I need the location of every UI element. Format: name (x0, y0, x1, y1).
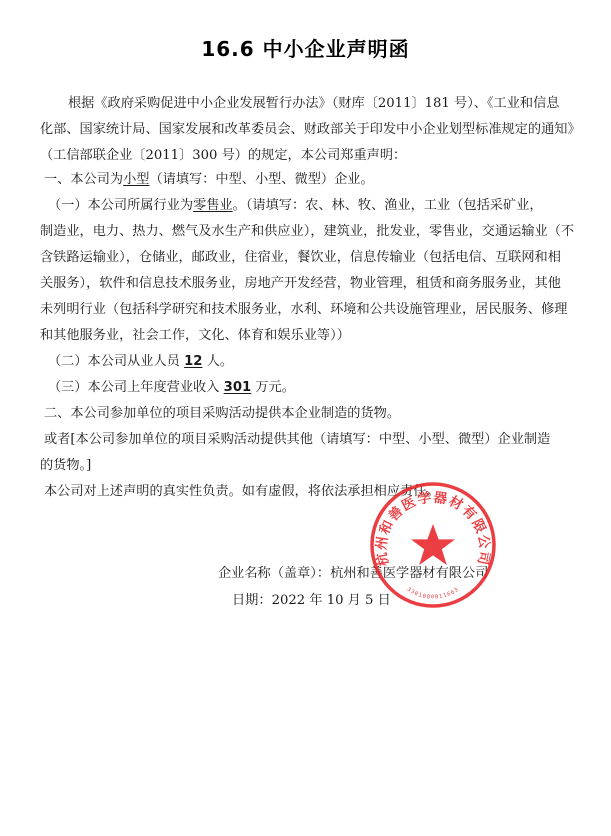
industry-suffix: 。（请填写：农、林、牧、渔业，工业（包括采矿业， (233, 198, 543, 213)
company-seal-stamp: 杭州和善医学器材有限公司 3301080011663 (368, 480, 498, 610)
enterprise-type-prefix: 一、本公司为 (44, 172, 123, 187)
star-icon (411, 524, 455, 565)
employees-value: 12 (184, 354, 202, 369)
stamp-code-text: 3301080011663 (406, 587, 461, 601)
industry-list-line-4: 未列明行业（包括科学研究和技术服务业，水利、环境和公共设施管理业，居民服务、修理 (40, 302, 568, 318)
industry-line: （一）本公司所属行业为零售业。（请填写：农、林、牧、渔业，工业（包括采矿业， (48, 198, 543, 214)
enterprise-type-suffix: （请填写：中型、小型、微型）企业。 (150, 172, 374, 187)
enterprise-type-value: 小型 (123, 172, 149, 187)
industry-list-line-2: 含铁路运输业），仓储业，邮政业，住宿业，餐饮业，信息传输业（包括电信、互联网和相 (40, 250, 561, 266)
enterprise-type-line: 一、本公司为小型（请填写：中型、小型、微型）企业。 (44, 172, 374, 188)
section-2-line: 二、本公司参加单位的项目采购活动提供本企业制造的货物。 (44, 406, 400, 422)
revenue-prefix: （三）本公司上年度营业收入 (48, 380, 224, 395)
date-label: 日期： (232, 593, 272, 608)
revenue-line: （三）本公司上年度营业收入 301 万元。 (48, 380, 295, 396)
intro-line-2: 化部、国家统计局、国家发展和改革委员会、财政部关于印发中小企业划型标准规定的通知… (40, 122, 581, 138)
revenue-value: 301 (224, 380, 252, 395)
page-title: 16.6 中小企业声明函 (0, 33, 611, 62)
industry-value: 零售业 (193, 198, 233, 213)
company-label: 企业名称（盖章）： (218, 566, 330, 581)
industry-prefix: （一）本公司所属行业为 (48, 198, 193, 213)
employees-line: （二）本公司从业人员 12 人。 (48, 354, 233, 370)
intro-line-3: （工信部联企业〔2011〕300 号）的规定，本公司郑重声明： (40, 148, 406, 164)
intro-line-1: 根据《政府采购促进中小企业发展暂行办法》（财库〔2011〕181 号）、《工业和… (68, 96, 560, 112)
alternative-line-2: 的货物。] (40, 458, 91, 474)
alternative-line-1: 或者[本公司参加单位的项目采购活动提供其他（请填写：中型、小型、微型）企业制造 (44, 432, 550, 448)
employees-prefix: （二）本公司从业人员 (48, 354, 184, 369)
date-line: 日期：2022 年 10 月 5 日 (232, 593, 391, 609)
employees-suffix: 人。 (202, 354, 233, 369)
industry-list-line-5: 和其他服务业，社会工作，文化、体育和娱乐业等）） (40, 328, 350, 344)
industry-list-line-3: 关服务），软件和信息技术服务业，房地产开发经营，物业管理，租赁和商务服务业，其他 (40, 276, 561, 292)
revenue-suffix: 万元。 (251, 380, 295, 395)
industry-list-line-1: 制造业，电力、热力、燃气及水生产和供应业），建筑业，批发业，零售业，交通运输业（… (40, 224, 574, 240)
document-page: 16.6 中小企业声明函 根据《政府采购促进中小企业发展暂行办法》（财库〔201… (0, 0, 611, 836)
